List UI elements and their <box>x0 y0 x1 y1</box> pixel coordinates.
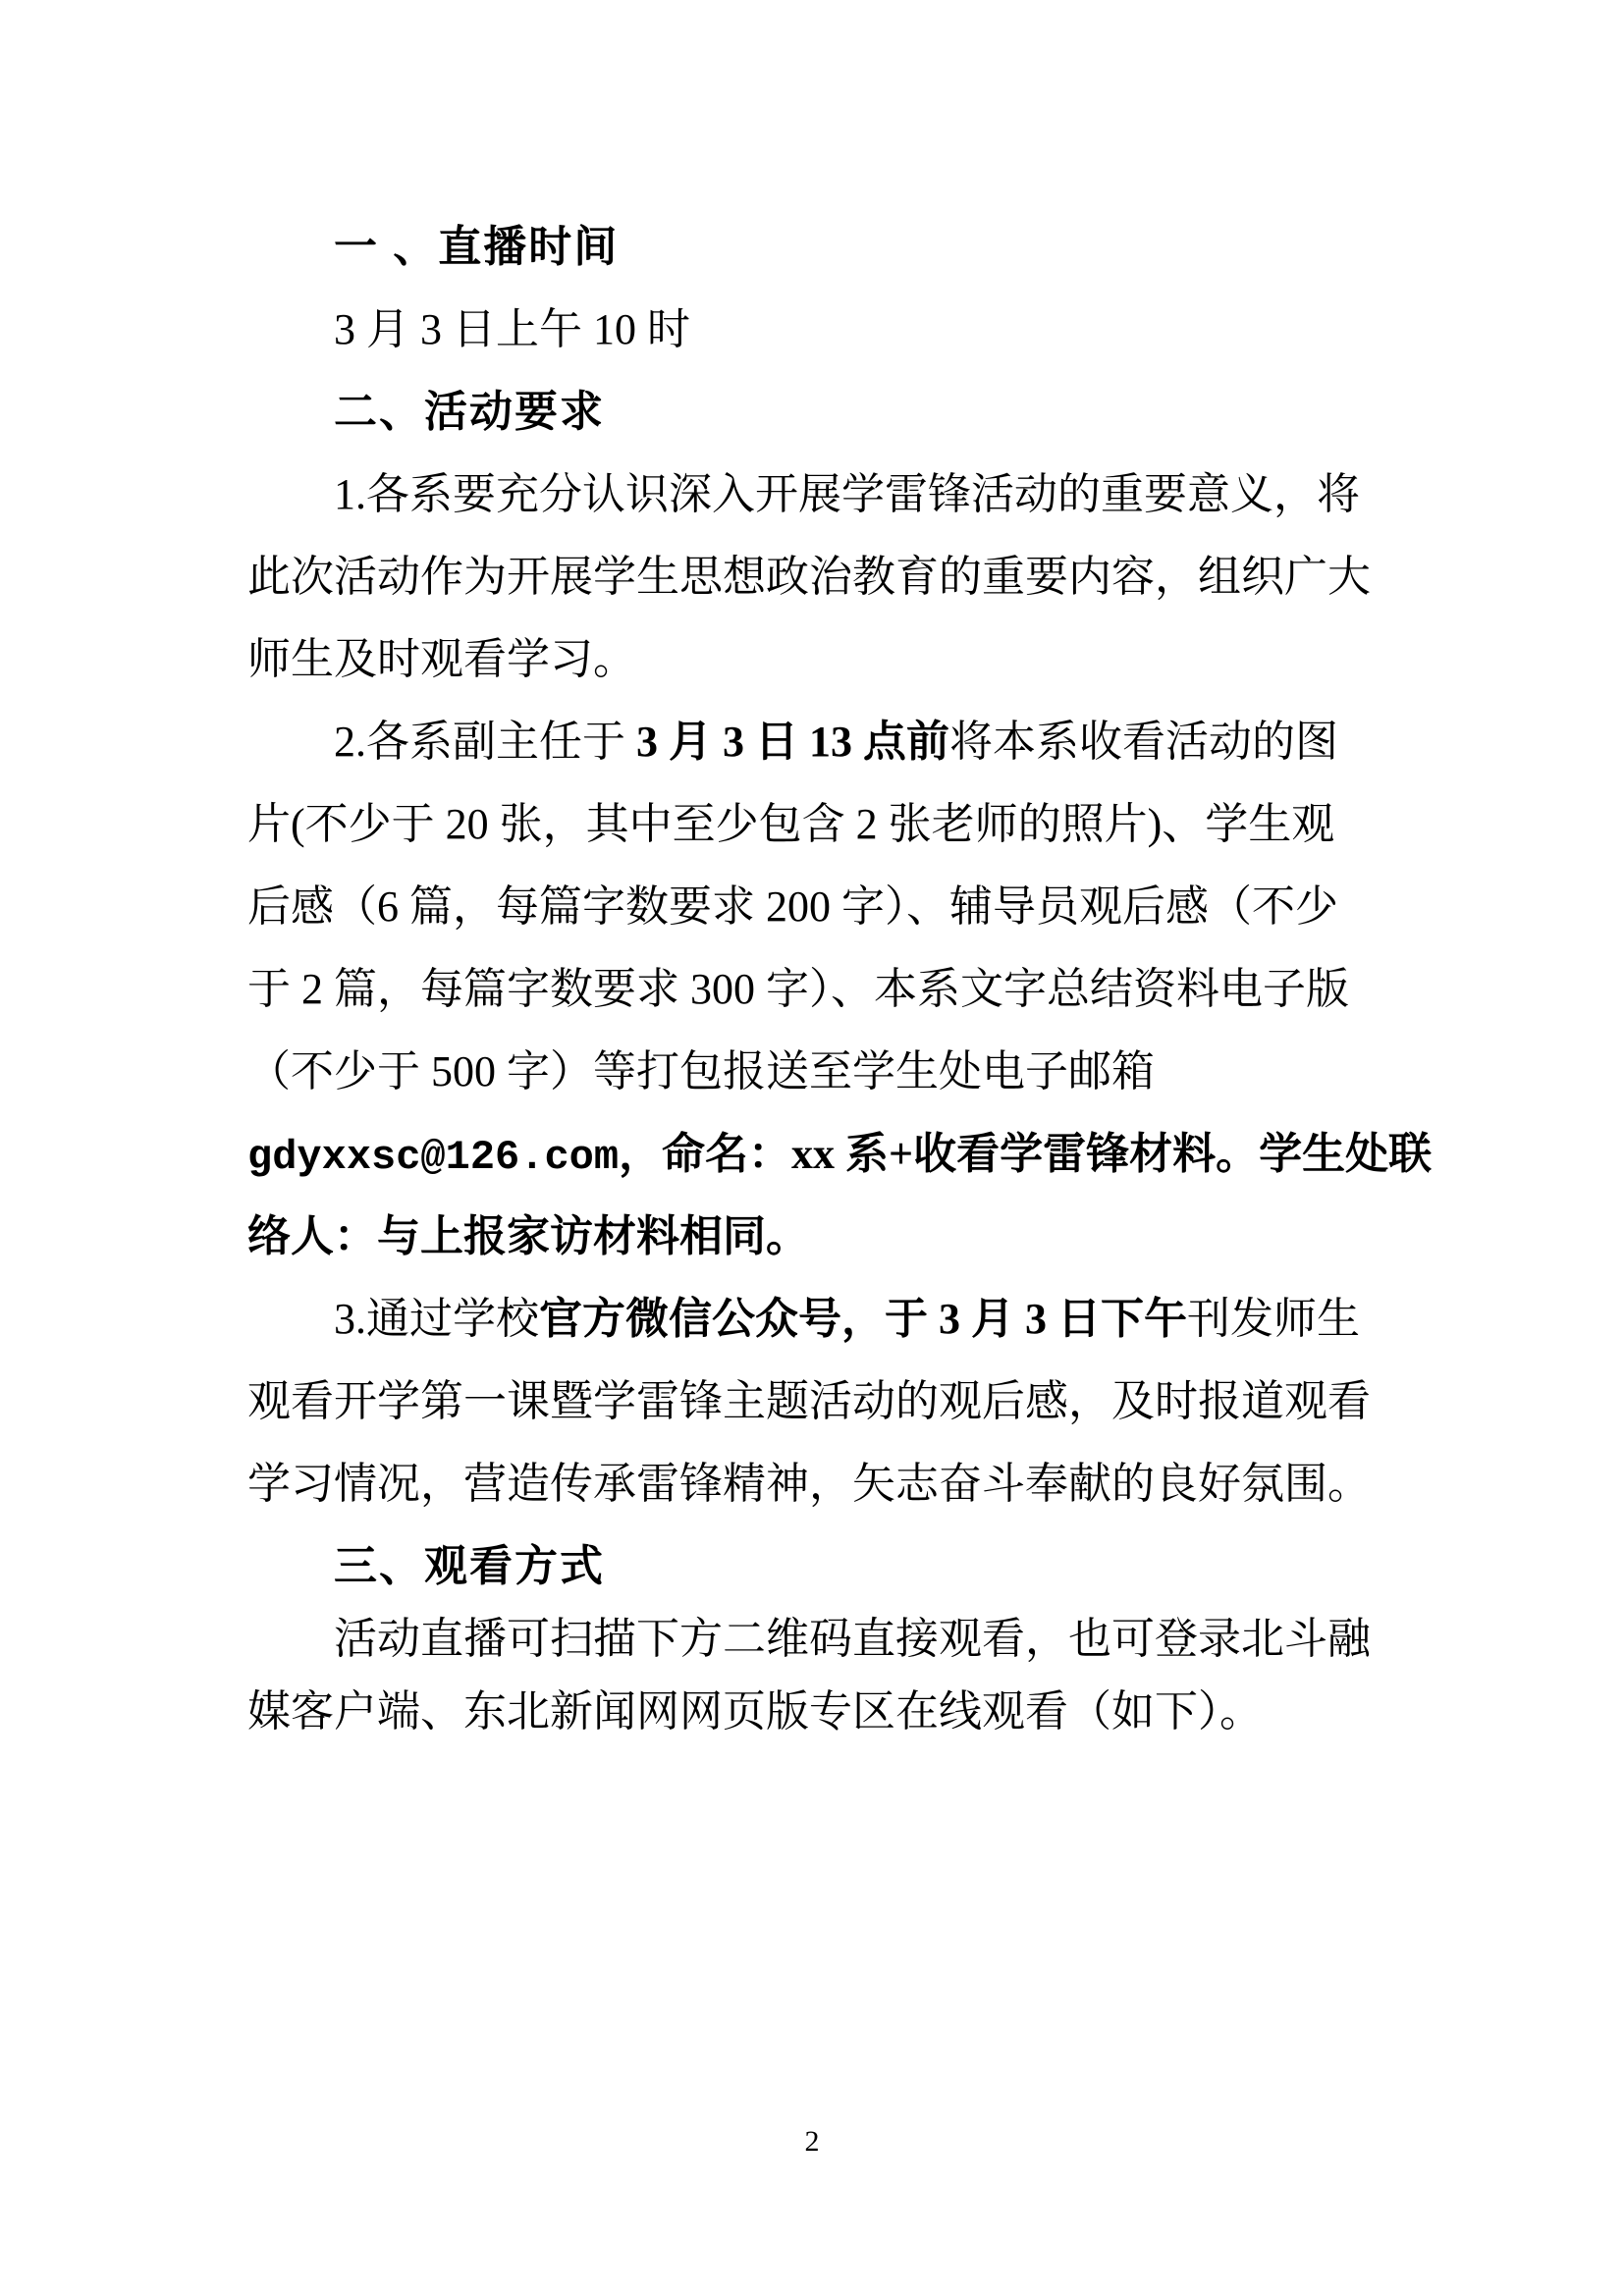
text-segment: 官方微信公众号，于 3 月 3 日下午 <box>539 1295 1187 1343</box>
text-line: 于 2 篇，每篇字数要求 300 字）、本系文字总结资料电子版 <box>247 948 1377 1031</box>
text-line: 师生及时观看学习。 <box>247 618 1377 701</box>
text-line: 1.各系要充分认识深入开展学雷锋活动的重要意义，将 <box>247 454 1377 536</box>
text-segment: 后感（6 篇，每篇字数要求 200 字）、辅导员观后感（不少 <box>247 882 1338 931</box>
text-line: 此次活动作为开展学生思想政治教育的重要内容，组织广大 <box>247 536 1377 618</box>
text-segment: 学习情况，营造传承雷锋精神，矢志奋斗奉献的良好氛围。 <box>247 1460 1371 1508</box>
section-heading-3: 三、观看方式 <box>247 1525 1377 1608</box>
text-line: 2.各系副主任于 3 月 3 日 13 点前将本系收看活动的图 <box>247 701 1377 783</box>
text-segment: 此次活动作为开展学生思想政治教育的重要内容，组织广大 <box>247 553 1371 601</box>
text-segment: 二、活动要求 <box>334 388 605 436</box>
text-line: 3 月 3 日上午 10 时 <box>247 289 1377 371</box>
text-segment: 三、观看方式 <box>334 1542 605 1590</box>
section-heading-2: 二、活动要求 <box>247 371 1377 454</box>
text-segment: 刊发师生 <box>1187 1295 1360 1343</box>
text-segment: 络人：与上报家访材料相同。 <box>247 1212 809 1260</box>
text-segment: （不少于 500 字）等打包报送至学生处电子邮箱 <box>247 1047 1155 1095</box>
text-line: 后感（6 篇，每篇字数要求 200 字）、辅导员观后感（不少 <box>247 866 1377 948</box>
text-line: 3.通过学校官方微信公众号，于 3 月 3 日下午刊发师生 <box>247 1278 1377 1361</box>
text-line: 络人：与上报家访材料相同。 <box>247 1196 1377 1278</box>
text-segment: 师生及时观看学习。 <box>247 635 636 683</box>
text-line: 活动直播可扫描下方二维码直接观看，也可登录北斗融 <box>247 1608 1377 1671</box>
text-segment: gdyxxsc@126.com <box>247 1134 619 1181</box>
text-segment: 媒客户端、东北新闻网网页版专区在线观看（如下）。 <box>247 1687 1263 1735</box>
text-segment: 2.各系副主任于 <box>334 718 636 766</box>
page-number: 2 <box>0 2122 1624 2162</box>
text-segment: 3 月 3 日 13 点前 <box>636 718 949 766</box>
document-body: 一 、直播时间3 月 3 日上午 10 时二、活动要求1.各系要充分认识深入开展… <box>247 206 1377 1753</box>
text-line: 观看开学第一课暨学雷锋主题活动的观后感，及时报道观看 <box>247 1361 1377 1443</box>
text-segment: 3.通过学校 <box>334 1295 539 1343</box>
text-segment: 活动直播可扫描下方二维码直接观看，也可登录北斗融 <box>334 1615 1371 1663</box>
text-segment: 片(不少于 20 张，其中至少包含 2 张老师的照片)、学生观 <box>247 800 1334 848</box>
section-heading-1: 一 、直播时间 <box>247 206 1377 289</box>
text-segment: ，命名：xx 系+收看学雷锋材料。学生处联 <box>619 1130 1432 1178</box>
document-page: 一 、直播时间3 月 3 日上午 10 时二、活动要求1.各系要充分认识深入开展… <box>0 0 1624 2296</box>
text-line: gdyxxsc@126.com，命名：xx 系+收看学雷锋材料。学生处联 <box>247 1113 1377 1196</box>
text-line: 学习情况，营造传承雷锋精神，矢志奋斗奉献的良好氛围。 <box>247 1443 1377 1525</box>
text-segment: 3 月 3 日上午 10 时 <box>334 305 690 353</box>
text-segment: 观看开学第一课暨学雷锋主题活动的观后感，及时报道观看 <box>247 1377 1371 1425</box>
text-segment: 一 、直播时间 <box>334 223 619 271</box>
text-segment: 于 2 篇，每篇字数要求 300 字）、本系文字总结资料电子版 <box>247 965 1349 1013</box>
text-line: （不少于 500 字）等打包报送至学生处电子邮箱 <box>247 1031 1377 1113</box>
text-line: 片(不少于 20 张，其中至少包含 2 张老师的照片)、学生观 <box>247 783 1377 866</box>
text-segment: 将本系收看活动的图 <box>949 718 1338 766</box>
text-line: 媒客户端、东北新闻网网页版专区在线观看（如下）。 <box>247 1671 1377 1753</box>
text-segment: 1.各系要充分认识深入开展学雷锋活动的重要意义，将 <box>334 470 1360 518</box>
